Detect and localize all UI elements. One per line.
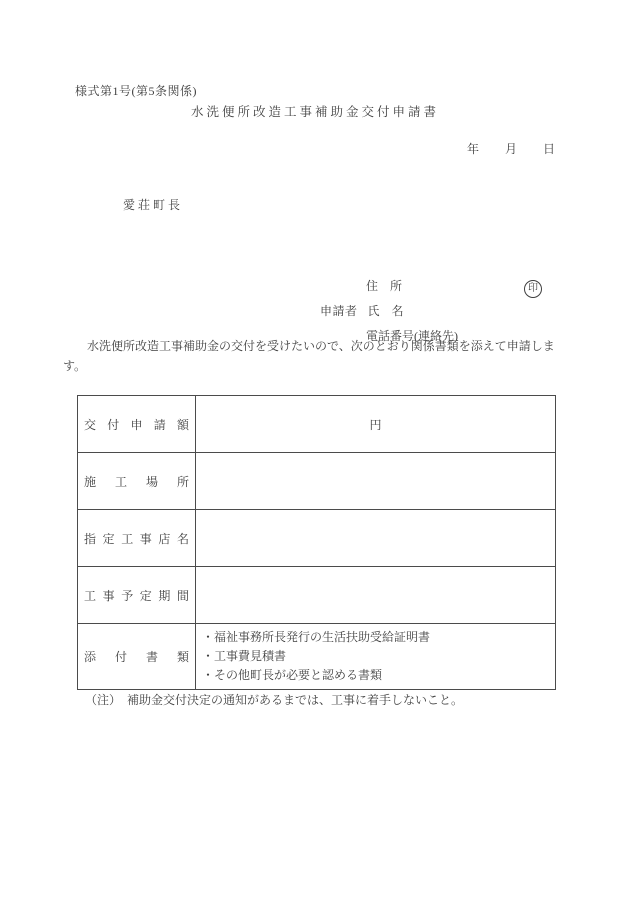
application-table: 交付申請額 円 施工場所 指定工事店名 工事予定期間 添付書類 ・福祉事務所長発… (77, 395, 556, 690)
body-paragraph: 水洗便所改造工事補助金の交付を受けたいので、次のとおり関係書類を添えて申請します… (63, 336, 571, 376)
grant-amount-value-cell: 円 (196, 396, 556, 453)
attachments-list-cell: ・福祉事務所長発行の生活扶助受給証明書 ・工事費見積書 ・その他町長が必要と認め… (196, 624, 556, 690)
seal-icon: 印 (524, 280, 542, 298)
contractor-name-value-cell (196, 510, 556, 567)
attachment-item: ・福祉事務所長発行の生活扶助受給証明書 (202, 628, 549, 647)
attachments-label: 添付書類 (78, 624, 196, 690)
seal-character: 印 (528, 284, 538, 294)
attachment-item: ・その他町長が必要と認める書類 (202, 666, 549, 685)
table-row-work-site: 施工場所 (78, 453, 556, 510)
addressee-mayor: 愛荘町長 (123, 196, 183, 213)
work-site-label: 施工場所 (78, 453, 196, 510)
name-label: 氏 名 (368, 304, 404, 318)
date-day-label: 日 (543, 140, 555, 157)
table-row-attachments: 添付書類 ・福祉事務所長発行の生活扶助受給証明書 ・工事費見積書 ・その他町長が… (78, 624, 556, 690)
contractor-name-label: 指定工事店名 (78, 510, 196, 567)
form-number: 様式第1号(第5条関係) (75, 82, 197, 99)
table-row-work-period: 工事予定期間 (78, 567, 556, 624)
date-year-label: 年 (467, 140, 479, 157)
footnote: （注） 補助金交付決定の通知があるまでは、工事に着手しないこと。 (85, 691, 463, 708)
address-label: 住 所 (320, 274, 402, 299)
date-month-label: 月 (505, 140, 517, 157)
table-row-contractor-name: 指定工事店名 (78, 510, 556, 567)
work-period-value-cell (196, 567, 556, 624)
form-title: 水洗便所改造工事補助金交付申請書 (0, 102, 630, 120)
work-site-value-cell (196, 453, 556, 510)
work-period-label: 工事予定期間 (78, 567, 196, 624)
date-line: 年 月 日 (467, 140, 555, 157)
applicant-address-row: 住 所 (302, 249, 458, 274)
applicant-block: 住 所 申請者氏 名 電話番号(連絡先) (302, 249, 458, 324)
applicant-label: 申請者 (320, 299, 358, 324)
application-form-page: 様式第1号(第5条関係) 水洗便所改造工事補助金交付申請書 年 月 日 愛荘町長… (0, 0, 630, 915)
attachment-item: ・工事費見積書 (202, 647, 549, 666)
table-row-grant-amount: 交付申請額 円 (78, 396, 556, 453)
grant-amount-label: 交付申請額 (78, 396, 196, 453)
